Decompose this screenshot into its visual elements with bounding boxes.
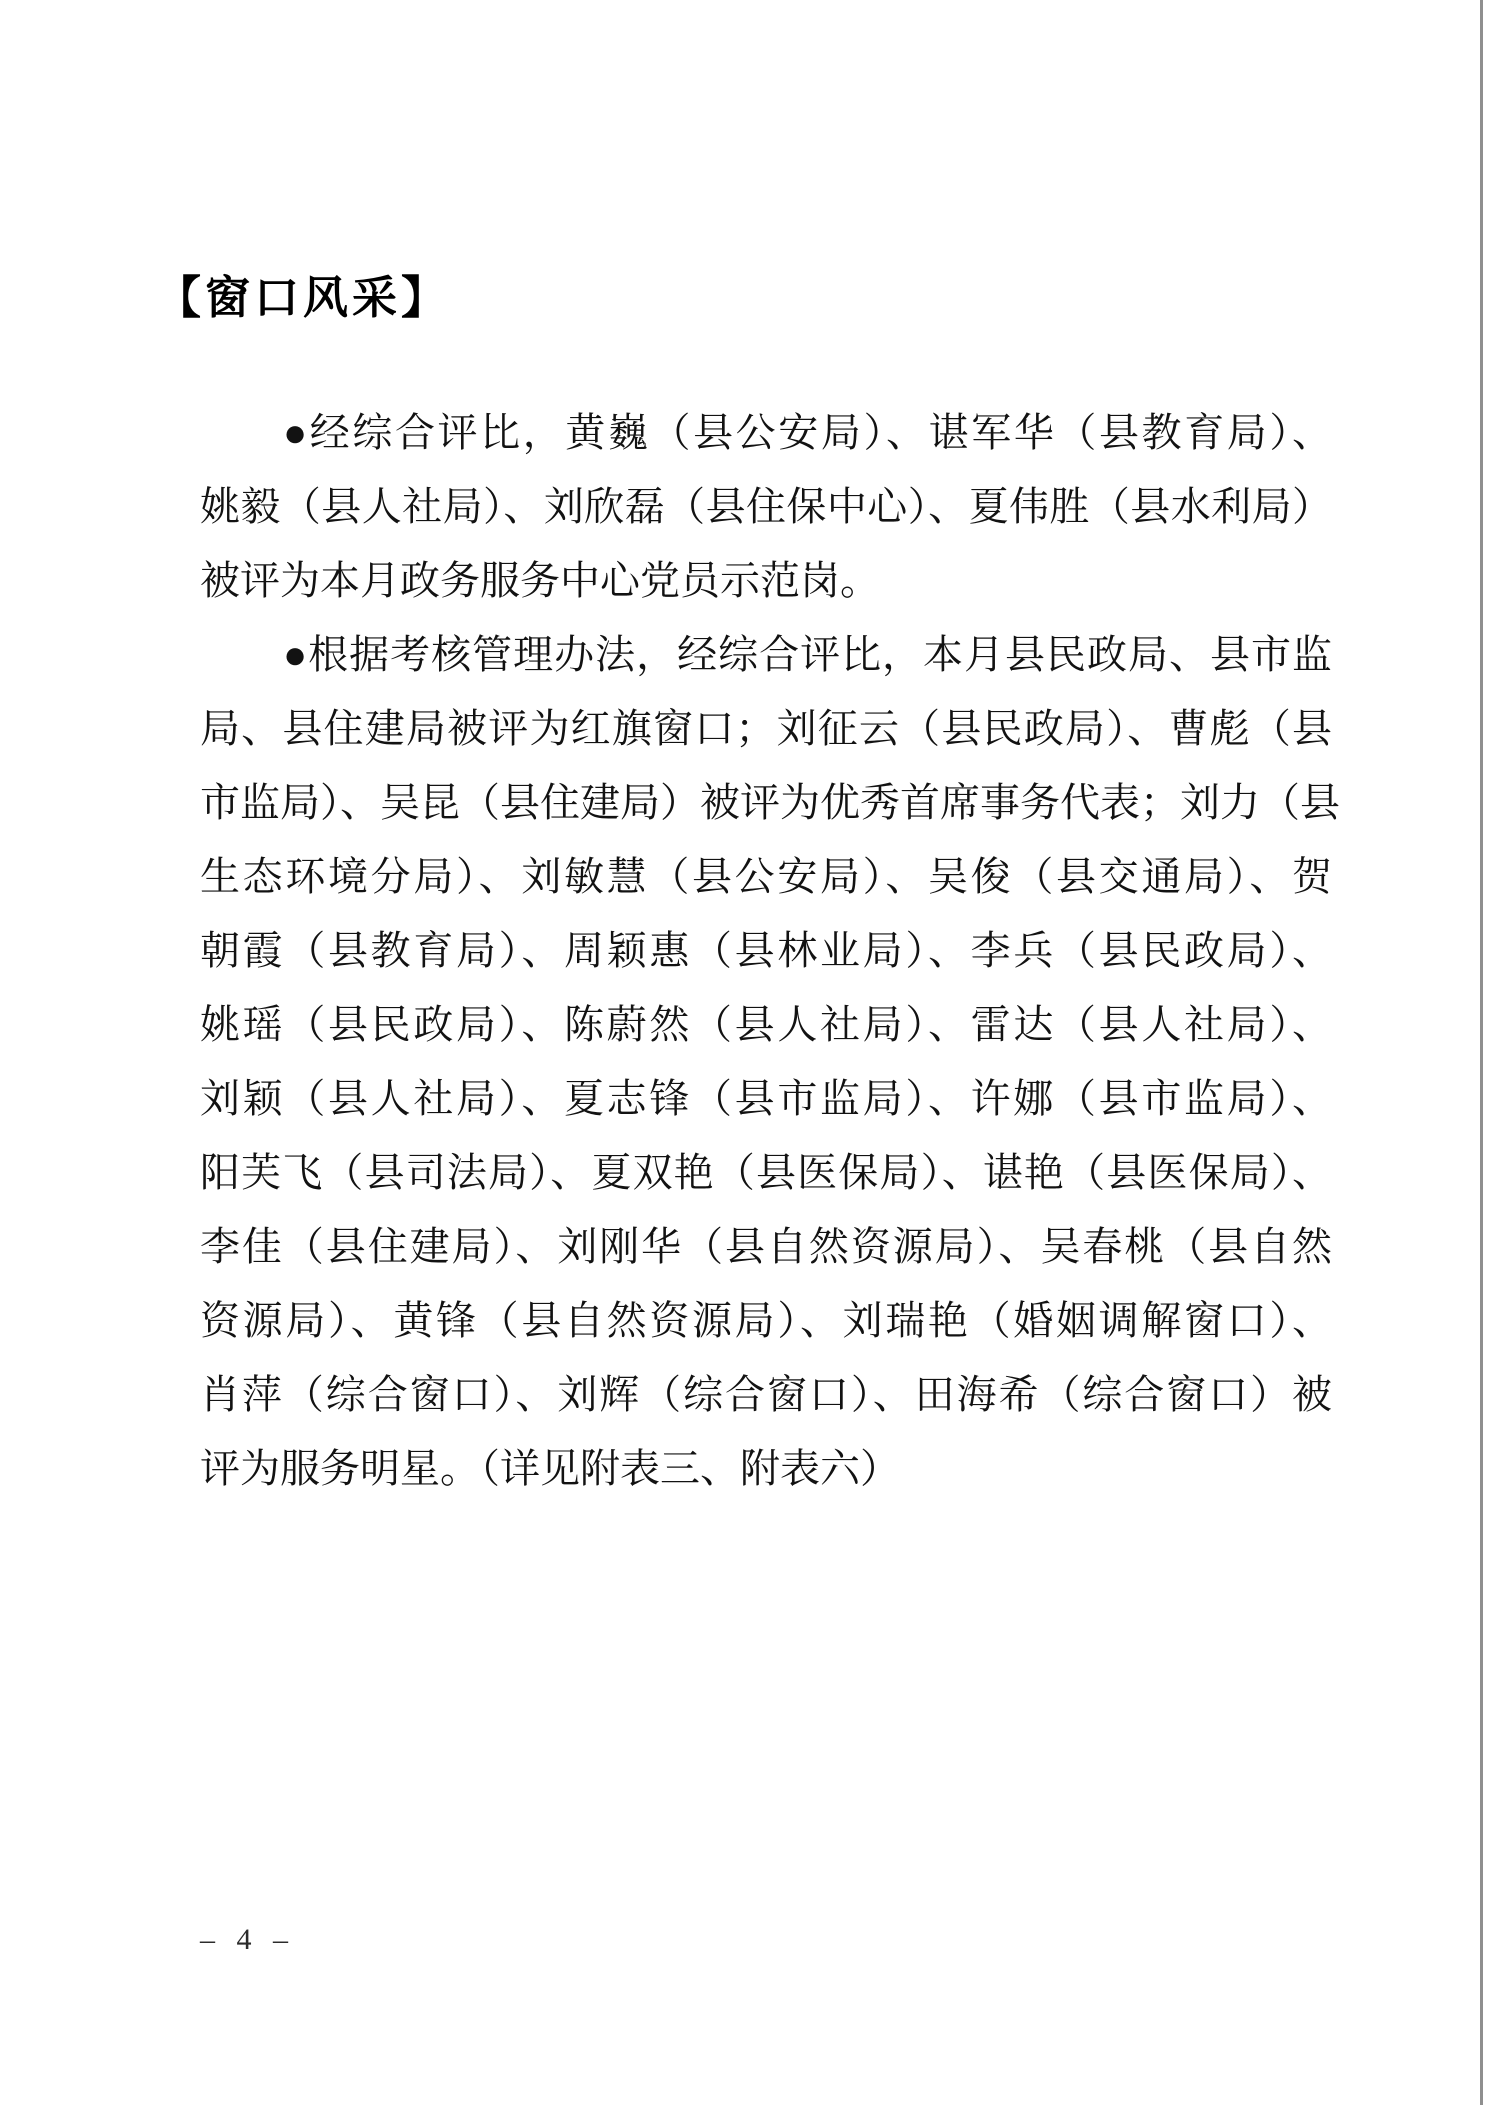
paragraph2-line: 评为服务明星。（详见附表三、附表六） xyxy=(200,1432,1332,1506)
paragraph2-line: 局、县住建局被评为红旗窗口；刘征云（县民政局）、曹彪（县 xyxy=(200,692,1332,766)
paragraph2-line: 阳芙飞（县司法局）、夏双艳（县医保局）、谌艳（县医保局）、 xyxy=(200,1136,1332,1210)
paragraph2-line: 李佳（县住建局）、刘刚华（县自然资源局）、吴春桃（县自然 xyxy=(200,1210,1332,1284)
document-page: 【窗口风采】 ●经综合评比，黄巍（县公安局）、谌军华（县教育局）、 姚毅（县人社… xyxy=(0,0,1488,2105)
paragraph2-line: 市监局）、吴昆（县住建局）被评为优秀首席事务代表；刘力（县 xyxy=(200,766,1332,840)
paragraph2-line: 生态环境分局）、刘敏慧（县公安局）、吴俊（县交通局）、贺 xyxy=(200,840,1332,914)
section-heading: 【窗口风采】 xyxy=(156,268,450,328)
paragraph1-line: ●经综合评比，黄巍（县公安局）、谌军华（县教育局）、 xyxy=(200,396,1332,470)
paragraph2-line: 朝霞（县教育局）、周颖惠（县林业局）、李兵（县民政局）、 xyxy=(200,914,1332,988)
paragraph2-line: 肖萍（综合窗口）、刘辉（综合窗口）、田海希（综合窗口）被 xyxy=(200,1358,1332,1432)
paragraph2-line: 刘颖（县人社局）、夏志锋（县市监局）、许娜（县市监局）、 xyxy=(200,1062,1332,1136)
paragraph1-line: 被评为本月政务服务中心党员示范岗。 xyxy=(200,544,1332,618)
paragraph2-line: ●根据考核管理办法，经综合评比，本月县民政局、县市监 xyxy=(200,618,1332,692)
paragraph2-line: 资源局）、黄锋（县自然资源局）、刘瑞艳（婚姻调解窗口）、 xyxy=(200,1284,1332,1358)
paragraph1-line: 姚毅（县人社局）、刘欣磊（县住保中心）、夏伟胜（县水利局） xyxy=(200,470,1332,544)
body-text: ●经综合评比，黄巍（县公安局）、谌军华（县教育局）、 姚毅（县人社局）、刘欣磊（… xyxy=(200,396,1332,1506)
paragraph2-line: 姚瑶（县民政局）、陈蔚然（县人社局）、雷达（县人社局）、 xyxy=(200,988,1332,1062)
page-edge-line xyxy=(1480,0,1483,2105)
page-number: – 4 – xyxy=(200,1920,295,1960)
